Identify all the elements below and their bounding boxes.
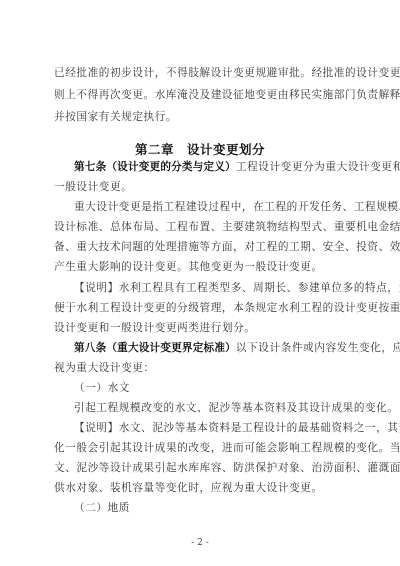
article-7-title: 第七条（设计变更的分类与定义） (74, 161, 236, 173)
article-8-title: 第八条（重大设计变更界定标准） (74, 342, 236, 354)
note-line: 便于水利工程设计变更的分级管理，本条规定水利工程的设计变更按重大 (54, 301, 349, 315)
note-line: 文、泥沙等设计成果引起水库库容、防洪保护对象、治涝面积、灌溉面积、 (54, 461, 349, 475)
article-7-text: 工程设计变更分为重大设计变更和 (236, 161, 400, 173)
article-8-line: 第八条（重大设计变更界定标准）以下设计条件或内容发生变化，应 (74, 341, 349, 355)
text-line: 并按国家有关规定执行。 (54, 110, 349, 124)
note-line: 【说明】水文、泥沙等基本资料是工程设计的最基础资料之一，其变 (74, 421, 349, 435)
text-line: 则上不得再次变更。水库淹没及建设征地变更由移民实施部门负责解释， (54, 88, 349, 102)
text-line: 一般设计变更。 (54, 180, 349, 194)
document-page: 已经批准的初步设计，不得肢解设计变更规避审批。经批准的设计变更原 则上不得再次变… (0, 0, 400, 566)
note-line: 化一般会引起其设计成果的改变，进而可能会影响工程规模的变化。当水 (54, 441, 349, 455)
chapter-heading: 第二章 设计变更划分 (0, 140, 400, 158)
text-line: 设计标准、总体布局、工程布置、主要建筑物结构型式、重要机电金结设 (54, 220, 349, 234)
text-line: 产生重大影响的设计变更。其他变更为一般设计变更。 (54, 260, 349, 274)
text-line: 重大设计变更是指工程建设过程中，在工程的开发任务、工程规模、 (74, 200, 349, 214)
article-7-line: 第七条（设计变更的分类与定义）工程设计变更分为重大设计变更和 (74, 160, 349, 174)
article-8-text: 以下设计条件或内容发生变化，应 (236, 342, 400, 354)
item-heading: （一）水文 (74, 381, 349, 395)
text-line: 备、重大技术问题的处理措施等方面，对工程的工期、安全、投资、效益 (54, 240, 349, 254)
note-line: 【说明】水利工程具有工程类型多、周期长、参建单位多的特点，为 (74, 281, 349, 295)
text-line: 已经批准的初步设计，不得肢解设计变更规避审批。经批准的设计变更原 (54, 66, 349, 80)
text-line: 引起工程规模改变的水文、泥沙等基本资料及其设计成果的变化。 (74, 401, 349, 415)
note-line: 设计变更和一般设计变更两类进行划分。 (54, 321, 349, 335)
page-number: - 2 - (0, 538, 400, 548)
text-line: 视为重大设计变更： (54, 361, 349, 375)
item-heading: （二）地质 (74, 501, 349, 515)
note-line: 供水对象、装机容量等变化时，应视为重大设计变更。 (54, 481, 349, 495)
